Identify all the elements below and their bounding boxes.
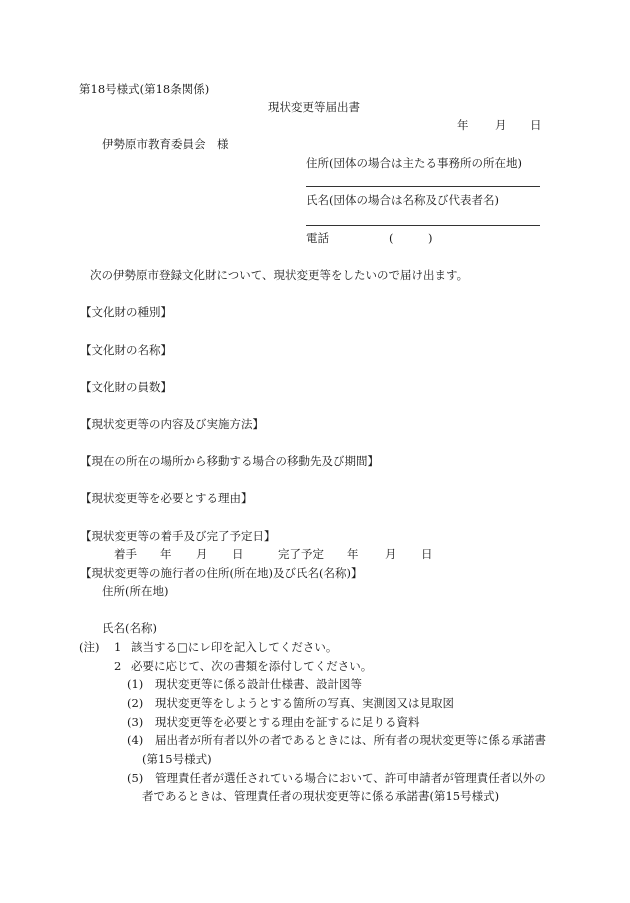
section-count: 【文化財の員数】: [80, 380, 172, 394]
attachment-1-number: (1): [127, 677, 143, 691]
section-schedule: 【現状変更等の着手及び完了予定日】: [80, 529, 276, 543]
phone-paren-open: (: [389, 231, 394, 245]
note-2-number: 2: [114, 659, 121, 673]
section-relocation: 【現在の所在の場所から移動する場合の移動先及び期間】: [80, 454, 379, 468]
section-contractor: 【現状変更等の施行者の住所(所在地)及び氏名(名称)】: [80, 566, 362, 580]
schedule-end-label: 完了予定: [278, 547, 324, 561]
applicant-address-field[interactable]: [306, 186, 540, 187]
form-number: 第18号様式(第18条関係): [79, 82, 209, 96]
date-year: 年: [457, 118, 469, 132]
note-1-text: 該当する□にレ印を記入してください。: [131, 640, 337, 654]
attachment-3-text: 現状変更等を必要とする理由を証するに足りる資料: [155, 715, 420, 729]
schedule-start-year: 年: [160, 547, 172, 561]
attachment-3-number: (3): [127, 715, 143, 729]
attachment-5-number: (5): [127, 771, 143, 785]
phone-field[interactable]: [396, 231, 426, 245]
section-content-method: 【現状変更等の内容及び実施方法】: [80, 417, 264, 431]
applicant-phone-label: 電話: [306, 231, 329, 245]
note-2-text: 必要に応じて、次の書類を添付してください。: [131, 659, 372, 673]
attachment-2-text: 現状変更等をしようとする箇所の写真、実測図又は見取図: [155, 696, 454, 710]
schedule-end-month: 月: [385, 547, 397, 561]
date-day: 日: [530, 118, 542, 132]
attachment-4-text: 届出者が所有者以外の者であるときには、所有者の現状変更等に係る承諾書: [155, 733, 546, 747]
contractor-name-label: 氏名(名称): [102, 621, 157, 635]
section-type: 【文化財の種別】: [80, 305, 172, 319]
schedule-end-year: 年: [347, 547, 359, 561]
intro-text: 次の伊勢原市登録文化財について、現状変更等をしたいので届け出ます。: [90, 268, 468, 282]
schedule-start-day: 日: [232, 547, 244, 561]
schedule-start-month: 月: [196, 547, 208, 561]
date-month: 月: [495, 118, 507, 132]
note-1-number: 1: [114, 640, 121, 654]
attachment-5-text-cont: 者であるときは、管理責任者の現状変更等に係る承諾書(第15号様式): [142, 789, 499, 803]
attachment-5-text: 管理責任者が選任されている場合において、許可申請者が管理責任者以外の: [155, 771, 546, 785]
applicant-name-field[interactable]: [306, 225, 540, 226]
schedule-end-day: 日: [421, 547, 433, 561]
section-name: 【文化財の名称】: [80, 343, 172, 357]
applicant-address-label: 住所(団体の場合は主たる事務所の所在地): [306, 156, 522, 170]
schedule-start-label: 着手: [114, 547, 137, 561]
applicant-name-label: 氏名(団体の場合は名称及び代表者名): [306, 193, 499, 207]
attachment-4-text-cont: (第15号様式): [142, 752, 212, 766]
attachment-1-text: 現状変更等に係る設計仕様書、設計図等: [155, 677, 362, 691]
attachment-2-number: (2): [127, 696, 143, 710]
addressee: 伊勢原市教育委員会 様: [102, 137, 229, 151]
section-reason: 【現状変更等を必要とする理由】: [80, 491, 253, 505]
contractor-address-label: 住所(所在地): [102, 584, 168, 598]
page-title: 現状変更等届出書: [268, 100, 360, 114]
notes-label: (注): [79, 640, 99, 654]
attachment-4-number: (4): [127, 733, 143, 747]
phone-paren-close: ): [428, 231, 433, 245]
